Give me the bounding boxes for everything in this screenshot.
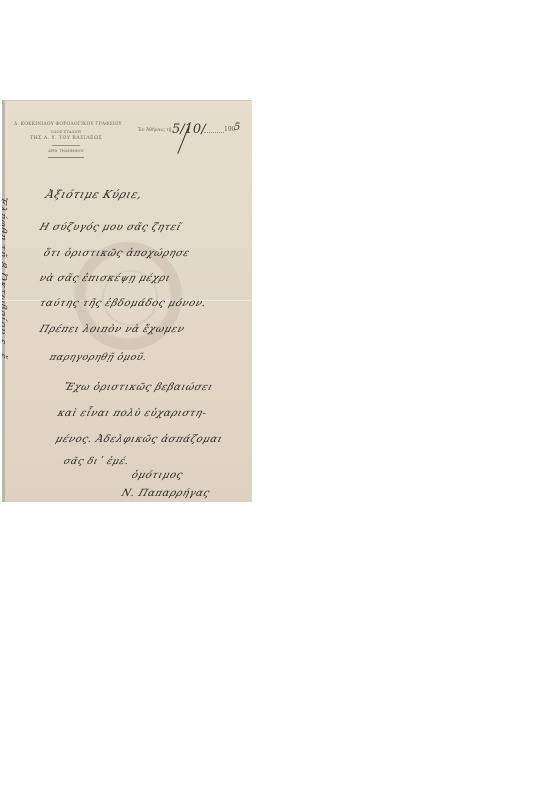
body-line: Πρέπει λοιπὸν νὰ ἔχωμεν [38,324,186,335]
body-line: Η σύζυγός μου σᾶς ζητεῖ [38,222,183,233]
letter-body: Ἀξιότιμε Κύριε, Η σύζυγός μου σᾶς ζητεῖ … [2,100,252,502]
body-line: ταύτης τῆς ἐβδομάδος μόνον. [38,298,208,309]
body-line: ὅτι ὁριστικῶς ἀποχώρησε [42,248,191,259]
body-line: παρηγορηθῇ ὁμοῦ. [48,352,149,363]
body-line: νὰ σᾶς ἐπισκέψῃ μέχρι [38,273,172,284]
document-viewer: Δ. ΚΟΚΚΙΝΙΔΟΥ ΦΟΡΟΛΟΓΙΚΟΥ ΓΡΑΦΕΙΟΥ ΟΔΟΣ … [0,0,549,800]
body-line: σᾶς δι᾽ ἐμέ. [62,456,131,467]
body-line: καὶ εἶναι πολὺ εὐχαριστη- [56,408,208,419]
body-line: Ἔχω ὁριστικῶς βεβαιώσει [62,382,214,393]
signature: Ν. Παπαρρήγας [120,488,211,499]
closing: ὁμότιμος [130,470,184,481]
body-line: μένος. Ἀδελφικῶς ἀσπάζομαι [54,434,224,445]
salutation: Ἀξιότιμε Κύριε, [44,188,144,201]
letter-page: Δ. ΚΟΚΚΙΝΙΔΟΥ ΦΟΡΟΛΟΓΙΚΟΥ ΓΡΑΦΕΙΟΥ ΟΔΟΣ … [2,100,252,502]
